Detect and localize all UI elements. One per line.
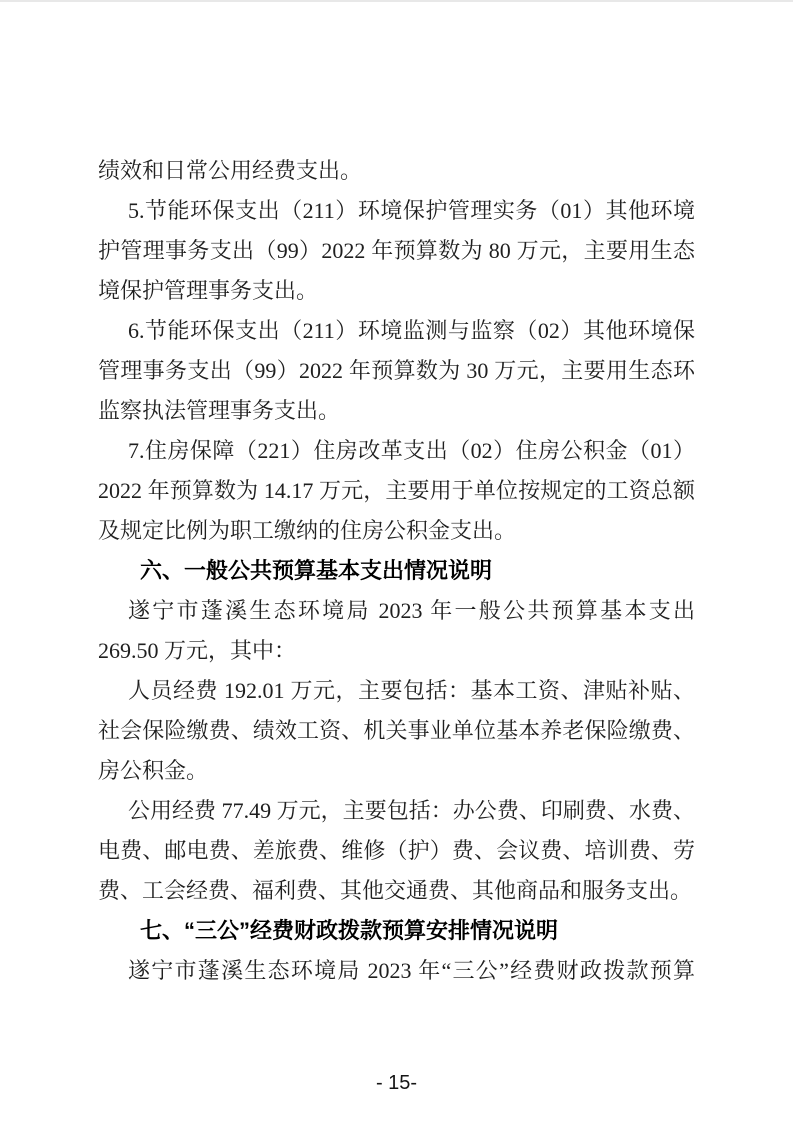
text-line: 护管理事务支出（99）2022 年预算数为 80 万元，主要用生态环 [98,231,695,271]
text-line: 管理事务支出（99）2022 年预算数为 30 万元，主要用生态环境 [98,351,695,391]
text-line: 七、“三公”经费财政拨款预算安排情况说明 [98,911,695,951]
page-top-edge [0,0,793,2]
text-line: 绩效和日常公用经费支出。 [98,151,695,191]
page-footer: - 15- [0,1072,793,1095]
text-line: 监察执法管理事务支出。 [98,391,695,431]
text-line: 六、一般公共预算基本支出情况说明 [98,551,695,591]
text-line: 公用经费 77.49 万元，主要包括：办公费、印刷费、水费、 [98,791,695,831]
document-body: 绩效和日常公用经费支出。5.节能环保支出（211）环境保护管理实务（01）其他环… [98,151,695,991]
text-line: 境保护管理事务支出。 [98,271,695,311]
text-line: 人员经费 192.01 万元，主要包括：基本工资、津贴补贴、 [98,671,695,711]
text-line: 房公积金。 [98,751,695,791]
text-line: 遂宁市蓬溪生态环境局 2023 年一般公共预算基本支出 [98,591,695,631]
text-line: 社会保险缴费、绩效工资、机关事业单位基本养老保险缴费、住 [98,711,695,751]
text-line: 及规定比例为职工缴纳的住房公积金支出。 [98,511,695,551]
text-line: 电费、邮电费、差旅费、维修（护）费、会议费、培训费、劳务 [98,831,695,871]
text-line: 5.节能环保支出（211）环境保护管理实务（01）其他环境保 [98,191,695,231]
text-line: 269.50 万元，其中： [98,631,695,671]
text-line: 6.节能环保支出（211）环境监测与监察（02）其他环境保护 [98,311,695,351]
text-line: 2022 年预算数为 14.17 万元，主要用于单位按规定的工资总额以 [98,471,695,511]
document-page: 绩效和日常公用经费支出。5.节能环保支出（211）环境保护管理实务（01）其他环… [0,0,793,1122]
text-line: 遂宁市蓬溪生态环境局 2023 年“三公”经费财政拨款预算 [98,951,695,991]
page-number: - 15- [376,1072,417,1094]
text-line: 7.住房保障（221）住房改革支出（02）住房公积金（01） [98,431,695,471]
text-line: 费、工会经费、福利费、其他交通费、其他商品和服务支出。 [98,871,695,911]
